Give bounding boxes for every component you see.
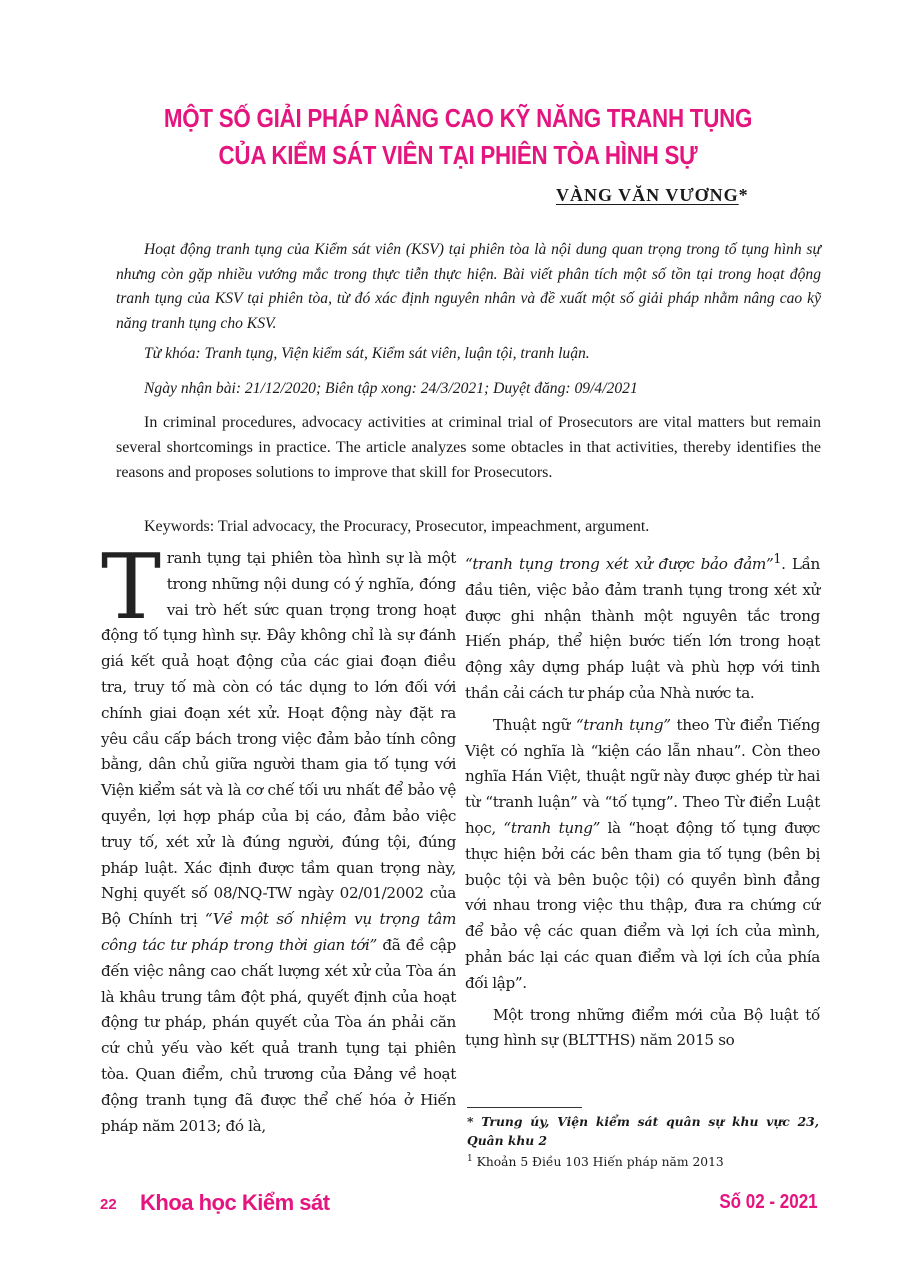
- paragraph: Tranh tụng tại phiên tòa hình sự là một …: [101, 546, 456, 1139]
- footnote-text: Khoản 5 Điều 103 Hiến pháp năm 2013: [473, 1155, 724, 1169]
- footnote-1: 1 Khoản 5 Điều 103 Hiến pháp năm 2013: [467, 1150, 819, 1172]
- paragraph: Thuật ngữ “tranh tụng” theo Từ điển Tiến…: [465, 713, 820, 997]
- author-footnote-mark: *: [739, 185, 749, 205]
- footnote-divider: [467, 1107, 582, 1108]
- term-quote: “tranh tụng”: [576, 716, 671, 734]
- body-column-right: “tranh tụng trong xét xử được bảo đảm”1.…: [465, 546, 820, 1054]
- paragraph-text: . Lần đầu tiên, việc bảo đảm tranh tụng …: [465, 555, 820, 702]
- article-dates: Ngày nhận bài: 21/12/2020; Biên tập xong…: [144, 380, 824, 398]
- keywords-english: Keywords: Trial advocacy, the Procuracy,…: [144, 518, 824, 536]
- footnote-ref-1[interactable]: 1: [773, 551, 781, 566]
- issue-number: Số 02 - 2021: [720, 1191, 818, 1214]
- paragraph: Một trong những điểm mới của Bộ luật tố …: [465, 1003, 820, 1055]
- journal-name: Khoa học Kiểm sát: [140, 1190, 330, 1216]
- abstract-english: In criminal procedures, advocacy activit…: [116, 411, 821, 485]
- page-number: 22: [100, 1196, 117, 1213]
- body-column-left: Tranh tụng tại phiên tòa hình sự là một …: [101, 546, 456, 1139]
- paragraph-text: là “hoạt động tố tụng được thực hiện bởi…: [465, 819, 820, 992]
- footnotes: * Trung úy, Viện kiểm sát quân sự khu vự…: [467, 1112, 819, 1172]
- paragraph-text: đã đề cập đến việc nâng cao chất lượng x…: [101, 936, 456, 1135]
- keywords-vietnamese: Từ khóa: Tranh tụng, Viện kiểm sát, Kiểm…: [144, 345, 824, 363]
- page-footer: 22 Khoa học Kiểm sát Số 02 - 2021: [100, 1190, 818, 1220]
- paragraph-text: Thuật ngữ: [493, 716, 576, 734]
- term-quote: “tranh tụng”: [503, 819, 600, 837]
- article-title-line-1: MỘT SỐ GIẢI PHÁP NÂNG CAO KỸ NĂNG TRANH …: [150, 100, 766, 136]
- abstract-vietnamese: Hoạt động tranh tụng của Kiểm sát viên (…: [116, 238, 821, 336]
- paragraph: “tranh tụng trong xét xử được bảo đảm”1.…: [465, 546, 820, 707]
- article-title-line-2: CỦA KIỂM SÁT VIÊN TẠI PHIÊN TÒA HÌNH SỰ: [150, 137, 766, 173]
- journal-page: MỘT SỐ GIẢI PHÁP NÂNG CAO KỸ NĂNG TRANH …: [0, 0, 916, 1275]
- constitution-quote: “tranh tụng trong xét xử được bảo đảm”: [465, 555, 773, 573]
- drop-cap: T: [101, 554, 161, 622]
- author-affiliation-note: * Trung úy, Viện kiểm sát quân sự khu vự…: [467, 1112, 819, 1150]
- author-byline: VÀNG VĂN VƯƠNG*: [556, 185, 749, 206]
- author-name: VÀNG VĂN VƯƠNG: [556, 185, 739, 205]
